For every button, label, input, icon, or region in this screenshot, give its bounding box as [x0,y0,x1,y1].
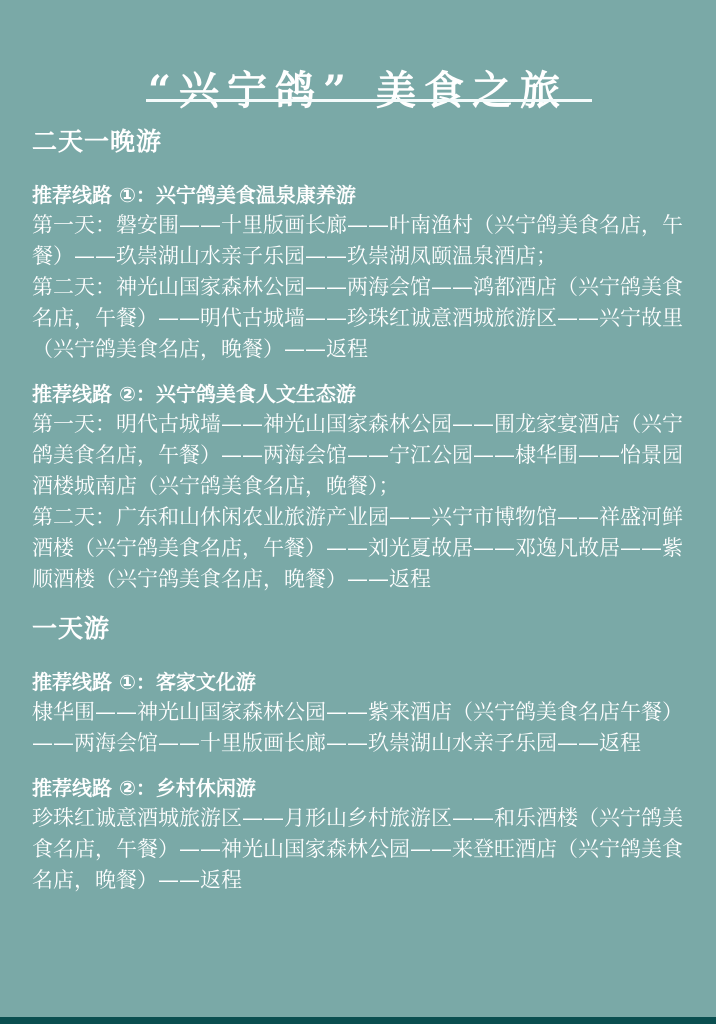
route-day-2: 第二天：广东和山休闲农业旅游产业园——兴宁市博物馆——祥盛河鲜酒楼（兴宁鸽美食名… [32,502,692,595]
route-day-1: 第一天：磐安围——十里版画长廊——叶南渔村（兴宁鸽美食名店，午餐）——玖崇湖山水… [32,210,692,272]
route-title: 推荐线路 ②：兴宁鸽美食人文生态游 [32,379,692,409]
section-one-day: 一天游 推荐线路 ①：客家文化游 棣华围——神光山国家森林公园——紫来酒店（兴宁… [32,609,692,896]
page-title: “兴宁鸽” 美食之旅 [0,65,716,117]
route-itinerary: 珍珠红诚意酒城旅游区——月形山乡村旅游区——和乐酒楼（兴宁鸽美食名店，午餐）——… [32,803,692,896]
title-underline [146,99,592,102]
day-label: 第二天： [32,505,116,529]
route-itinerary: 棣华围——神光山国家森林公园——紫来酒店（兴宁鸽美食名店午餐）——两海会馆——十… [32,697,692,759]
route-one-day-1: 推荐线路 ①：客家文化游 棣华围——神光山国家森林公园——紫来酒店（兴宁鸽美食名… [32,667,692,759]
route-day-1: 第一天：明代古城墙——神光山国家森林公园——围龙家宴酒店（兴宁鸽美食名店，午餐）… [32,409,692,502]
route-day-2: 第二天：神光山国家森林公园——两海会馆——鸿都酒店（兴宁鸽美食名店，午餐）——明… [32,272,692,365]
day-itinerary: 广东和山休闲农业旅游产业园——兴宁市博物馆——祥盛河鲜酒楼（兴宁鸽美食名店，午餐… [32,505,683,591]
day-itinerary: 磐安围——十里版画长廊——叶南渔村（兴宁鸽美食名店，午餐）——玖崇湖山水亲子乐园… [32,213,683,268]
day-label: 第二天： [32,275,116,299]
route-title: 推荐线路 ①：客家文化游 [32,667,692,697]
bottom-strip [0,1017,716,1024]
route-two-day-1: 推荐线路 ①：兴宁鸽美食温泉康养游 第一天：磐安围——十里版画长廊——叶南渔村（… [32,180,692,365]
day-label: 第一天： [32,213,116,237]
section-two-day: 二天一晚游 推荐线路 ①：兴宁鸽美食温泉康养游 第一天：磐安围——十里版画长廊—… [32,122,692,595]
page: “兴宁鸽” 美食之旅 二天一晚游 推荐线路 ①：兴宁鸽美食温泉康养游 第一天：磐… [0,0,716,1024]
content: 二天一晚游 推荐线路 ①：兴宁鸽美食温泉康养游 第一天：磐安围——十里版画长廊—… [32,122,692,910]
day-label: 第一天： [32,412,116,436]
route-title: 推荐线路 ①：兴宁鸽美食温泉康养游 [32,180,692,210]
section-heading: 二天一晚游 [32,122,692,162]
section-heading: 一天游 [32,609,692,649]
route-two-day-2: 推荐线路 ②：兴宁鸽美食人文生态游 第一天：明代古城墙——神光山国家森林公园——… [32,379,692,595]
route-title: 推荐线路 ②：乡村休闲游 [32,773,692,803]
day-itinerary: 神光山国家森林公园——两海会馆——鸿都酒店（兴宁鸽美食名店，午餐）——明代古城墙… [32,275,683,361]
route-one-day-2: 推荐线路 ②：乡村休闲游 珍珠红诚意酒城旅游区——月形山乡村旅游区——和乐酒楼（… [32,773,692,896]
day-itinerary: 明代古城墙——神光山国家森林公园——围龙家宴酒店（兴宁鸽美食名店，午餐）——两海… [32,412,683,498]
